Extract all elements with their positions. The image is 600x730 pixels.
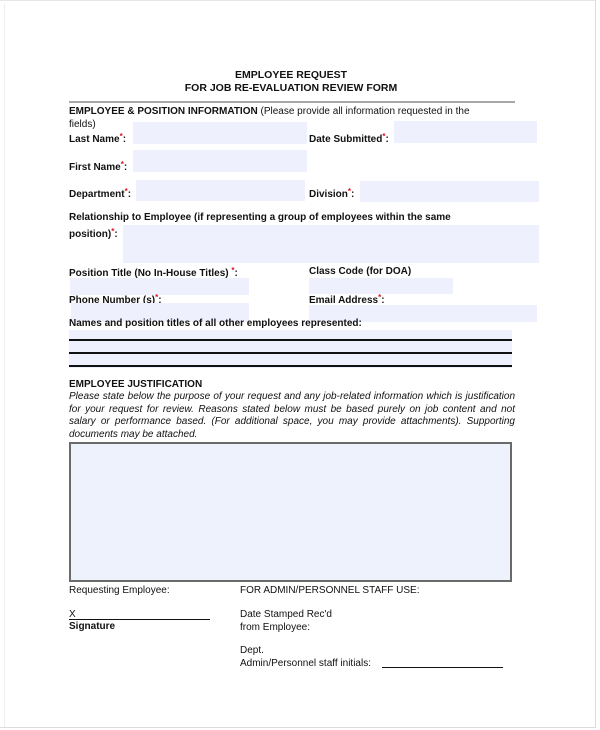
staff-initials-label: Admin/Personnel staff initials: — [240, 658, 371, 669]
document-title-line2: FOR JOB RE-EVALUATION REVIEW FORM — [0, 82, 582, 94]
section-heading-employee-info: EMPLOYEE & POSITION INFORMATION (Please … — [69, 106, 470, 117]
division-field[interactable] — [360, 181, 539, 202]
writing-line — [69, 339, 512, 341]
page-edge — [4, 4, 5, 728]
date-stamped-label-line2: from Employee: — [240, 622, 310, 633]
relationship-input[interactable] — [123, 225, 539, 263]
signature-line[interactable] — [69, 619, 210, 620]
date-submitted-label: Date Submitted*: — [309, 132, 389, 145]
page-edge — [0, 0, 596, 1]
staff-initials-line[interactable] — [382, 667, 503, 668]
section-note: (Please provide all information requeste… — [258, 106, 470, 117]
relationship-field[interactable] — [123, 225, 539, 263]
relationship-label-line1: Relationship to Employee (if representin… — [69, 212, 451, 223]
dept-label: Dept. — [240, 645, 264, 656]
date-submitted-input[interactable] — [394, 121, 537, 143]
class-code-field[interactable] — [309, 278, 453, 294]
document-title-line1: EMPLOYEE REQUEST — [0, 69, 582, 81]
justification-textarea[interactable] — [69, 442, 512, 582]
department-label: Department*: — [69, 187, 131, 200]
last-name-field[interactable] — [133, 122, 307, 144]
other-employees-label: Names and position titles of all other e… — [69, 318, 362, 329]
first-name-input[interactable] — [133, 150, 307, 172]
page-edge — [0, 727, 596, 728]
division-input[interactable] — [360, 181, 539, 202]
department-field[interactable] — [136, 180, 305, 201]
page-edge — [595, 0, 596, 728]
last-name-label: Last Name*: — [69, 132, 126, 145]
title-divider — [69, 101, 515, 103]
section-heading-text: EMPLOYEE & POSITION INFORMATION — [69, 106, 258, 117]
signature-label: Signature — [69, 621, 115, 632]
justification-heading: EMPLOYEE JUSTIFICATION — [69, 379, 202, 390]
relationship-label-line2: position)*: — [69, 227, 118, 240]
date-stamped-label-line1: Date Stamped Rec'd — [240, 609, 332, 620]
date-submitted-field[interactable] — [394, 121, 537, 143]
writing-line — [69, 365, 512, 367]
last-name-input[interactable] — [133, 122, 307, 144]
first-name-label: First Name*: — [69, 160, 127, 173]
other-employees-field[interactable] — [69, 330, 512, 368]
justification-instructions: Please state below the purpose of your r… — [69, 391, 515, 441]
department-input[interactable] — [136, 180, 305, 201]
requesting-employee-label: Requesting Employee: — [69, 585, 170, 596]
first-name-field[interactable] — [133, 150, 307, 172]
admin-heading: FOR ADMIN/PERSONNEL STAFF USE: — [240, 585, 419, 596]
writing-line — [69, 352, 512, 354]
division-label: Division*: — [309, 187, 354, 200]
class-code-label: Class Code (for DOA) — [309, 266, 411, 277]
section-note-cont: fields) — [69, 119, 96, 130]
